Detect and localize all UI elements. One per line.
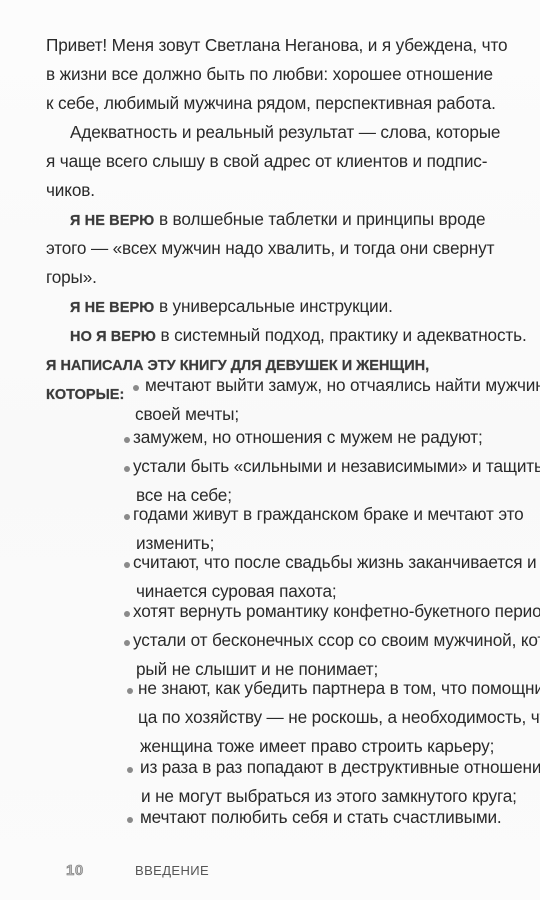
list-item-cont: все на себе;: [136, 485, 232, 505]
list-item-cont: чинается суровая пахота;: [136, 581, 337, 601]
list-item-cont: женщина тоже имеет право строить карьеру…: [140, 736, 494, 756]
bullet-icon: [127, 688, 133, 694]
intro-line: в жизни все должно быть по любви: хороше…: [46, 64, 493, 84]
list-item: устали быть «сильными и независимыми» и …: [133, 456, 540, 476]
bullet-icon: [133, 385, 139, 391]
intro-line: чиков.: [46, 180, 95, 200]
list-item-cont: и не могут выбраться из этого замкнутого…: [141, 786, 517, 806]
belief-text: в волшебные таблетки и принципы вроде: [159, 209, 485, 229]
bullet-icon: [124, 466, 130, 472]
list-item-cont: своей мечты;: [135, 404, 239, 424]
section-heading-cont: КОТОРЫЕ:: [46, 385, 124, 405]
bullet-icon: [124, 640, 130, 646]
belief-paragraph: Я НЕ ВЕРЮ в универсальные инструкции.: [70, 296, 393, 318]
intro-line: я чаще всего слышу в свой адрес от клиен…: [46, 151, 487, 171]
list-item-cont: ца по хозяйству — не роскошь, а необходи…: [138, 707, 540, 727]
belief-line: горы».: [46, 267, 97, 287]
page-number: 10: [66, 862, 84, 879]
list-item-cont: рый не слышит и не понимает;: [136, 659, 378, 679]
belief-lead: Я НЕ ВЕРЮ: [70, 300, 154, 316]
belief-text: в универсальные инструкции.: [159, 296, 393, 316]
intro-line: Привет! Меня зовут Светлана Неганова, и …: [46, 35, 507, 55]
list-item: годами живут в гражданском браке и мечта…: [133, 504, 524, 524]
book-page: Привет! Меня зовут Светлана Неганова, и …: [0, 0, 540, 900]
list-item: из раза в раз попадают в деструктивные о…: [140, 757, 540, 777]
belief-paragraph: Я НЕ ВЕРЮ в волшебные таблетки и принцип…: [70, 209, 485, 231]
belief-lead: Я НЕ ВЕРЮ: [70, 213, 154, 229]
bullet-icon: [124, 611, 130, 617]
list-item: замужем, но отношения с мужем не радуют;: [133, 427, 483, 447]
list-item: мечтают полюбить себя и стать счастливым…: [140, 807, 502, 827]
bullet-icon: [124, 437, 130, 443]
section-heading: Я НАПИСАЛА ЭТУ КНИГУ ДЛЯ ДЕВУШЕК И ЖЕНЩИ…: [46, 356, 429, 376]
intro-line: Адекватность и реальный результат — слов…: [70, 122, 500, 142]
bullet-icon: [124, 514, 130, 520]
belief-text: в системный подход, практику и адекватно…: [161, 325, 527, 345]
list-item: хотят вернуть романтику конфетно-букетно…: [133, 601, 540, 621]
list-item: устали от бесконечных ссор со своим мужч…: [133, 630, 540, 650]
bullet-icon: [127, 767, 133, 773]
intro-line: к себе, любимый мужчина рядом, перспекти…: [46, 93, 496, 113]
bullet-icon: [127, 817, 133, 823]
list-item-cont: изменить;: [136, 533, 214, 553]
belief-paragraph: НО Я ВЕРЮ в системный подход, практику и…: [70, 325, 527, 347]
belief-lead: НО Я ВЕРЮ: [70, 329, 156, 345]
belief-line: этого — «всех мужчин надо хвалить, и тог…: [46, 238, 494, 258]
list-item: не знают, как убедить партнера в том, чт…: [138, 678, 540, 698]
list-item: мечтают выйти замуж, но отчаялись найти …: [145, 375, 540, 395]
running-footer-section: ВВЕДЕНИЕ: [135, 863, 209, 878]
list-item: считают, что после свадьбы жизнь заканчи…: [133, 552, 540, 572]
bullet-icon: [124, 562, 130, 568]
